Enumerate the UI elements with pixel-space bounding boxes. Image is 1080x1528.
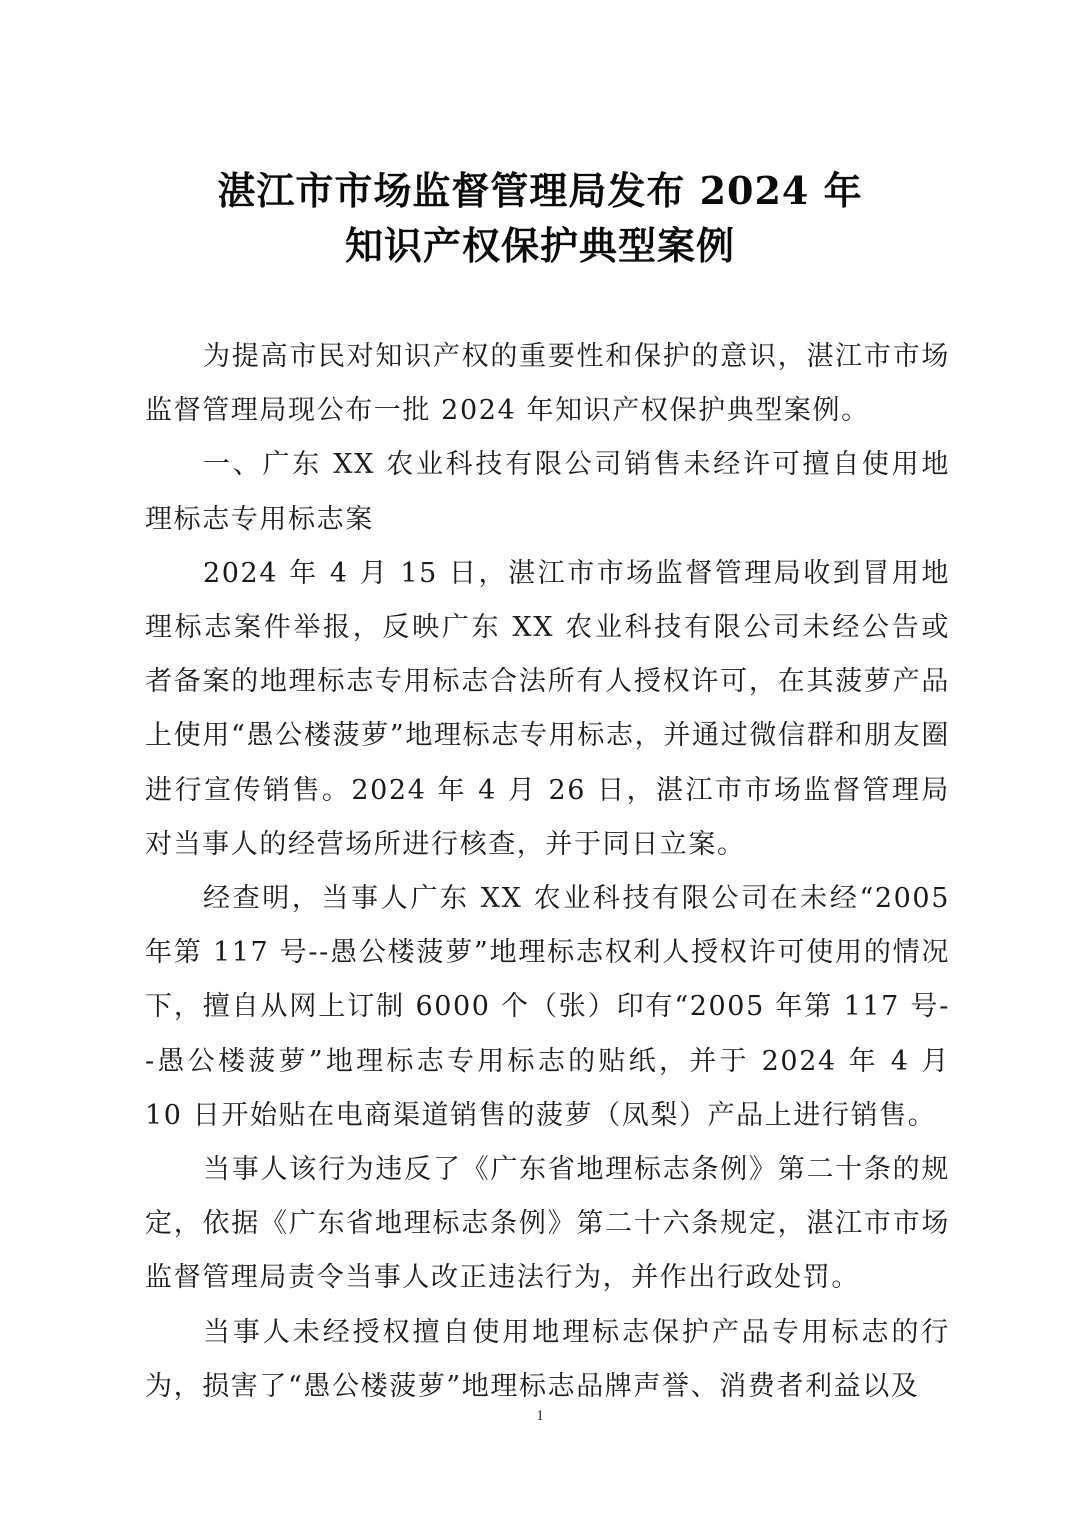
case-paragraph: 2024 年 4 月 15 日，湛江市市场监督管理局收到冒用地理标志案件举报，反… (145, 547, 950, 872)
case-paragraph: 经查明，当事人广东 XX 农业科技有限公司在未经“2005 年第 117 号--… (145, 872, 950, 1143)
case-paragraph: 当事人未经授权擅自使用地理标志保护产品专用标志的行为，损害了“愚公楼菠萝”地理标… (145, 1306, 950, 1414)
document-title-line-1: 湛江市市场监督管理局发布 2024 年 (0, 160, 1080, 215)
page-number: 1 (0, 1408, 1080, 1425)
document-body: 为提高市民对知识产权的重要性和保护的意识，湛江市市场监督管理局现公布一批 202… (145, 330, 950, 1414)
intro-paragraph: 为提高市民对知识产权的重要性和保护的意识，湛江市市场监督管理局现公布一批 202… (145, 330, 950, 438)
case-paragraph: 当事人该行为违反了《广东省地理标志条例》第二十条的规定，依据《广东省地理标志条例… (145, 1143, 950, 1306)
case-heading: 一、广东 XX 农业科技有限公司销售未经许可擅自使用地理标志专用标志案 (145, 438, 950, 546)
document-title-line-2: 知识产权保护典型案例 (0, 215, 1080, 270)
